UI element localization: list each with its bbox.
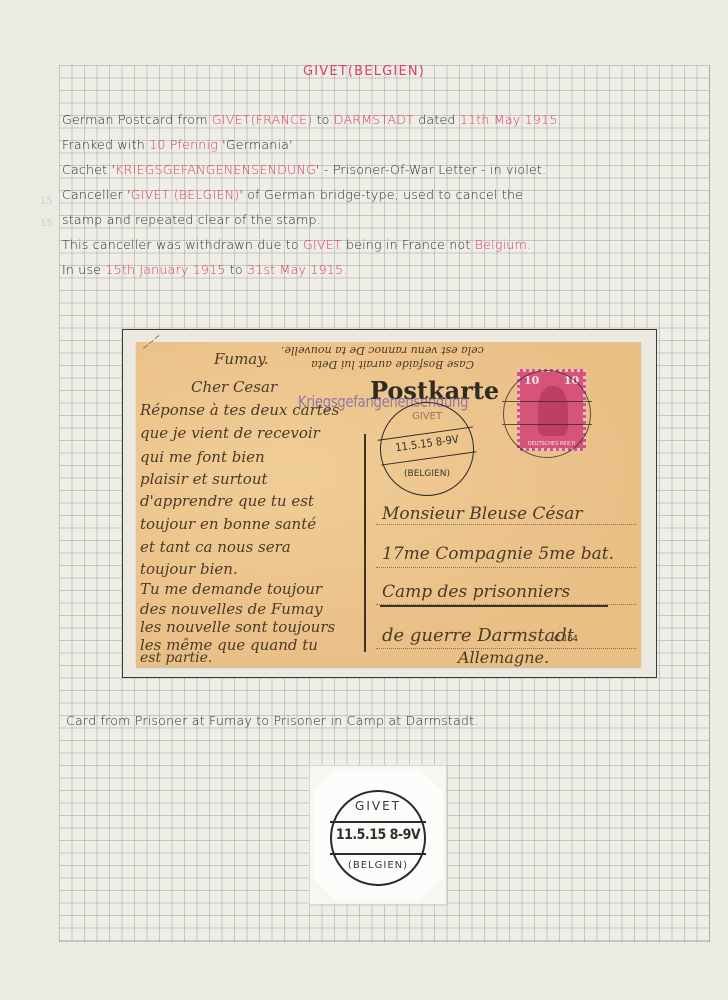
highlight-text: 31st May 1915.	[247, 262, 347, 277]
highlight-text: 11th May 1915.	[460, 112, 562, 127]
ghost-mark: 15	[40, 196, 53, 207]
message-line: Cher Cesar	[191, 378, 277, 396]
body-text: Cachet '	[62, 162, 115, 177]
highlight-text: GIVET	[303, 237, 342, 252]
body-text: This canceller was withdrawn due to	[62, 237, 303, 252]
body-text: Canceller '	[62, 187, 131, 202]
message-line: et tant ca nous sera	[140, 538, 291, 556]
address-dotted-line	[376, 524, 636, 525]
body-text: ' of German bridge-type, used to cancel …	[239, 187, 523, 202]
message-line: Fumay.	[214, 350, 269, 368]
address-line: 17me Compagnie 5me bat.	[382, 544, 614, 564]
message-line: toujour bien.	[140, 560, 238, 578]
message-line: plaisir et surtout	[140, 470, 268, 488]
page-title: GIVET(BELGIEN)	[0, 64, 728, 79]
address-line: Camp des prisonniers	[382, 582, 570, 602]
address-line: Monsieur Bleuse César	[382, 504, 582, 524]
body-text: to	[226, 262, 247, 277]
description-line-5: stamp and repeated clear of the stamp.	[62, 212, 321, 227]
postcard-divider	[364, 434, 366, 652]
ghost-mark: 15	[40, 218, 53, 229]
message-line: Réponse à tes deux cartes	[140, 401, 339, 419]
message-line: toujour en bonne santé	[140, 515, 316, 533]
enlarged-cancel-card: GIVET 11.5.15 8-9V (BELGIEN)	[310, 766, 446, 904]
body-text: to	[312, 112, 333, 127]
body-text: ' - Prisoner-Of-War Letter - in violet.	[316, 162, 546, 177]
upside-down-line: Case Bosfaide aurait lui Deta	[311, 358, 474, 371]
description-line-6: This canceller was withdrawn due to GIVE…	[62, 237, 531, 252]
body-text: being in France not	[342, 237, 475, 252]
message-line: est partie.	[140, 650, 212, 666]
address-dotted-line	[376, 567, 636, 568]
stamp-cancel-mark	[503, 370, 591, 458]
body-text: stamp and repeated clear of the stamp.	[62, 212, 321, 227]
address-line: de guerre Darmstadt	[382, 625, 574, 646]
description-line-7: In use 15th January 1915 to 31st May 191…	[62, 262, 347, 277]
message-line: Tu me demande toujour	[140, 580, 322, 598]
message-line: des nouvelles de Fumay	[140, 600, 323, 618]
body-text: In use	[62, 262, 105, 277]
postcard: cela est venu rannoc De ta nouvelle. Cas…	[136, 342, 641, 667]
description-line-3: Cachet 'KRIEGSGEFANGENENSENDUNG' - Priso…	[62, 162, 546, 177]
postcard-caption: Card from Prisoner at Fumay to Prisoner …	[66, 713, 478, 728]
highlight-text: GIVET(FRANCE)	[212, 112, 312, 127]
album-page: 15 15 GIVET(BELGIEN) German Postcard fro…	[0, 0, 728, 1000]
highlight-text: KRIEGSGEFANGENENSENDUNG	[115, 162, 316, 177]
highlight-text: Belgium.	[475, 237, 531, 252]
message-line: les nouvelle sont toujours	[140, 618, 335, 636]
body-text: Franked with	[62, 137, 149, 152]
message-line: d'apprendre que tu est	[140, 492, 314, 510]
highlight-text: DARMSTADT	[334, 112, 414, 127]
highlight-text: 10 Pfennig	[149, 137, 218, 152]
highlight-text: GIVET (BELGIEN)	[131, 187, 240, 202]
message-line: qui me font bien	[140, 448, 265, 466]
bridge-cancel-mark: GIVET 11.5.15 8-9V (BELGIEN)	[380, 402, 474, 496]
address-line: Allemagne.	[458, 648, 549, 667]
body-text: 'Germania'	[218, 137, 293, 152]
description-line-4: Canceller 'GIVET (BELGIEN)' of German br…	[62, 187, 523, 202]
description-line-2: Franked with 10 Pfennig 'Germania'	[62, 137, 293, 152]
enlarged-cancel-mark: GIVET 11.5.15 8-9V (BELGIEN)	[330, 790, 426, 886]
body-text: dated	[414, 112, 460, 127]
upside-down-line: cela est venu rannoc De ta nouvelle.	[281, 344, 484, 357]
highlight-text: 15th January 1915	[105, 262, 225, 277]
printer-code: C 154	[554, 634, 578, 643]
body-text: German Postcard from	[62, 112, 212, 127]
description-line-1: German Postcard from GIVET(FRANCE) to DA…	[62, 112, 562, 127]
address-underline	[380, 605, 608, 607]
message-line: que je vient de recevoir	[140, 424, 320, 442]
